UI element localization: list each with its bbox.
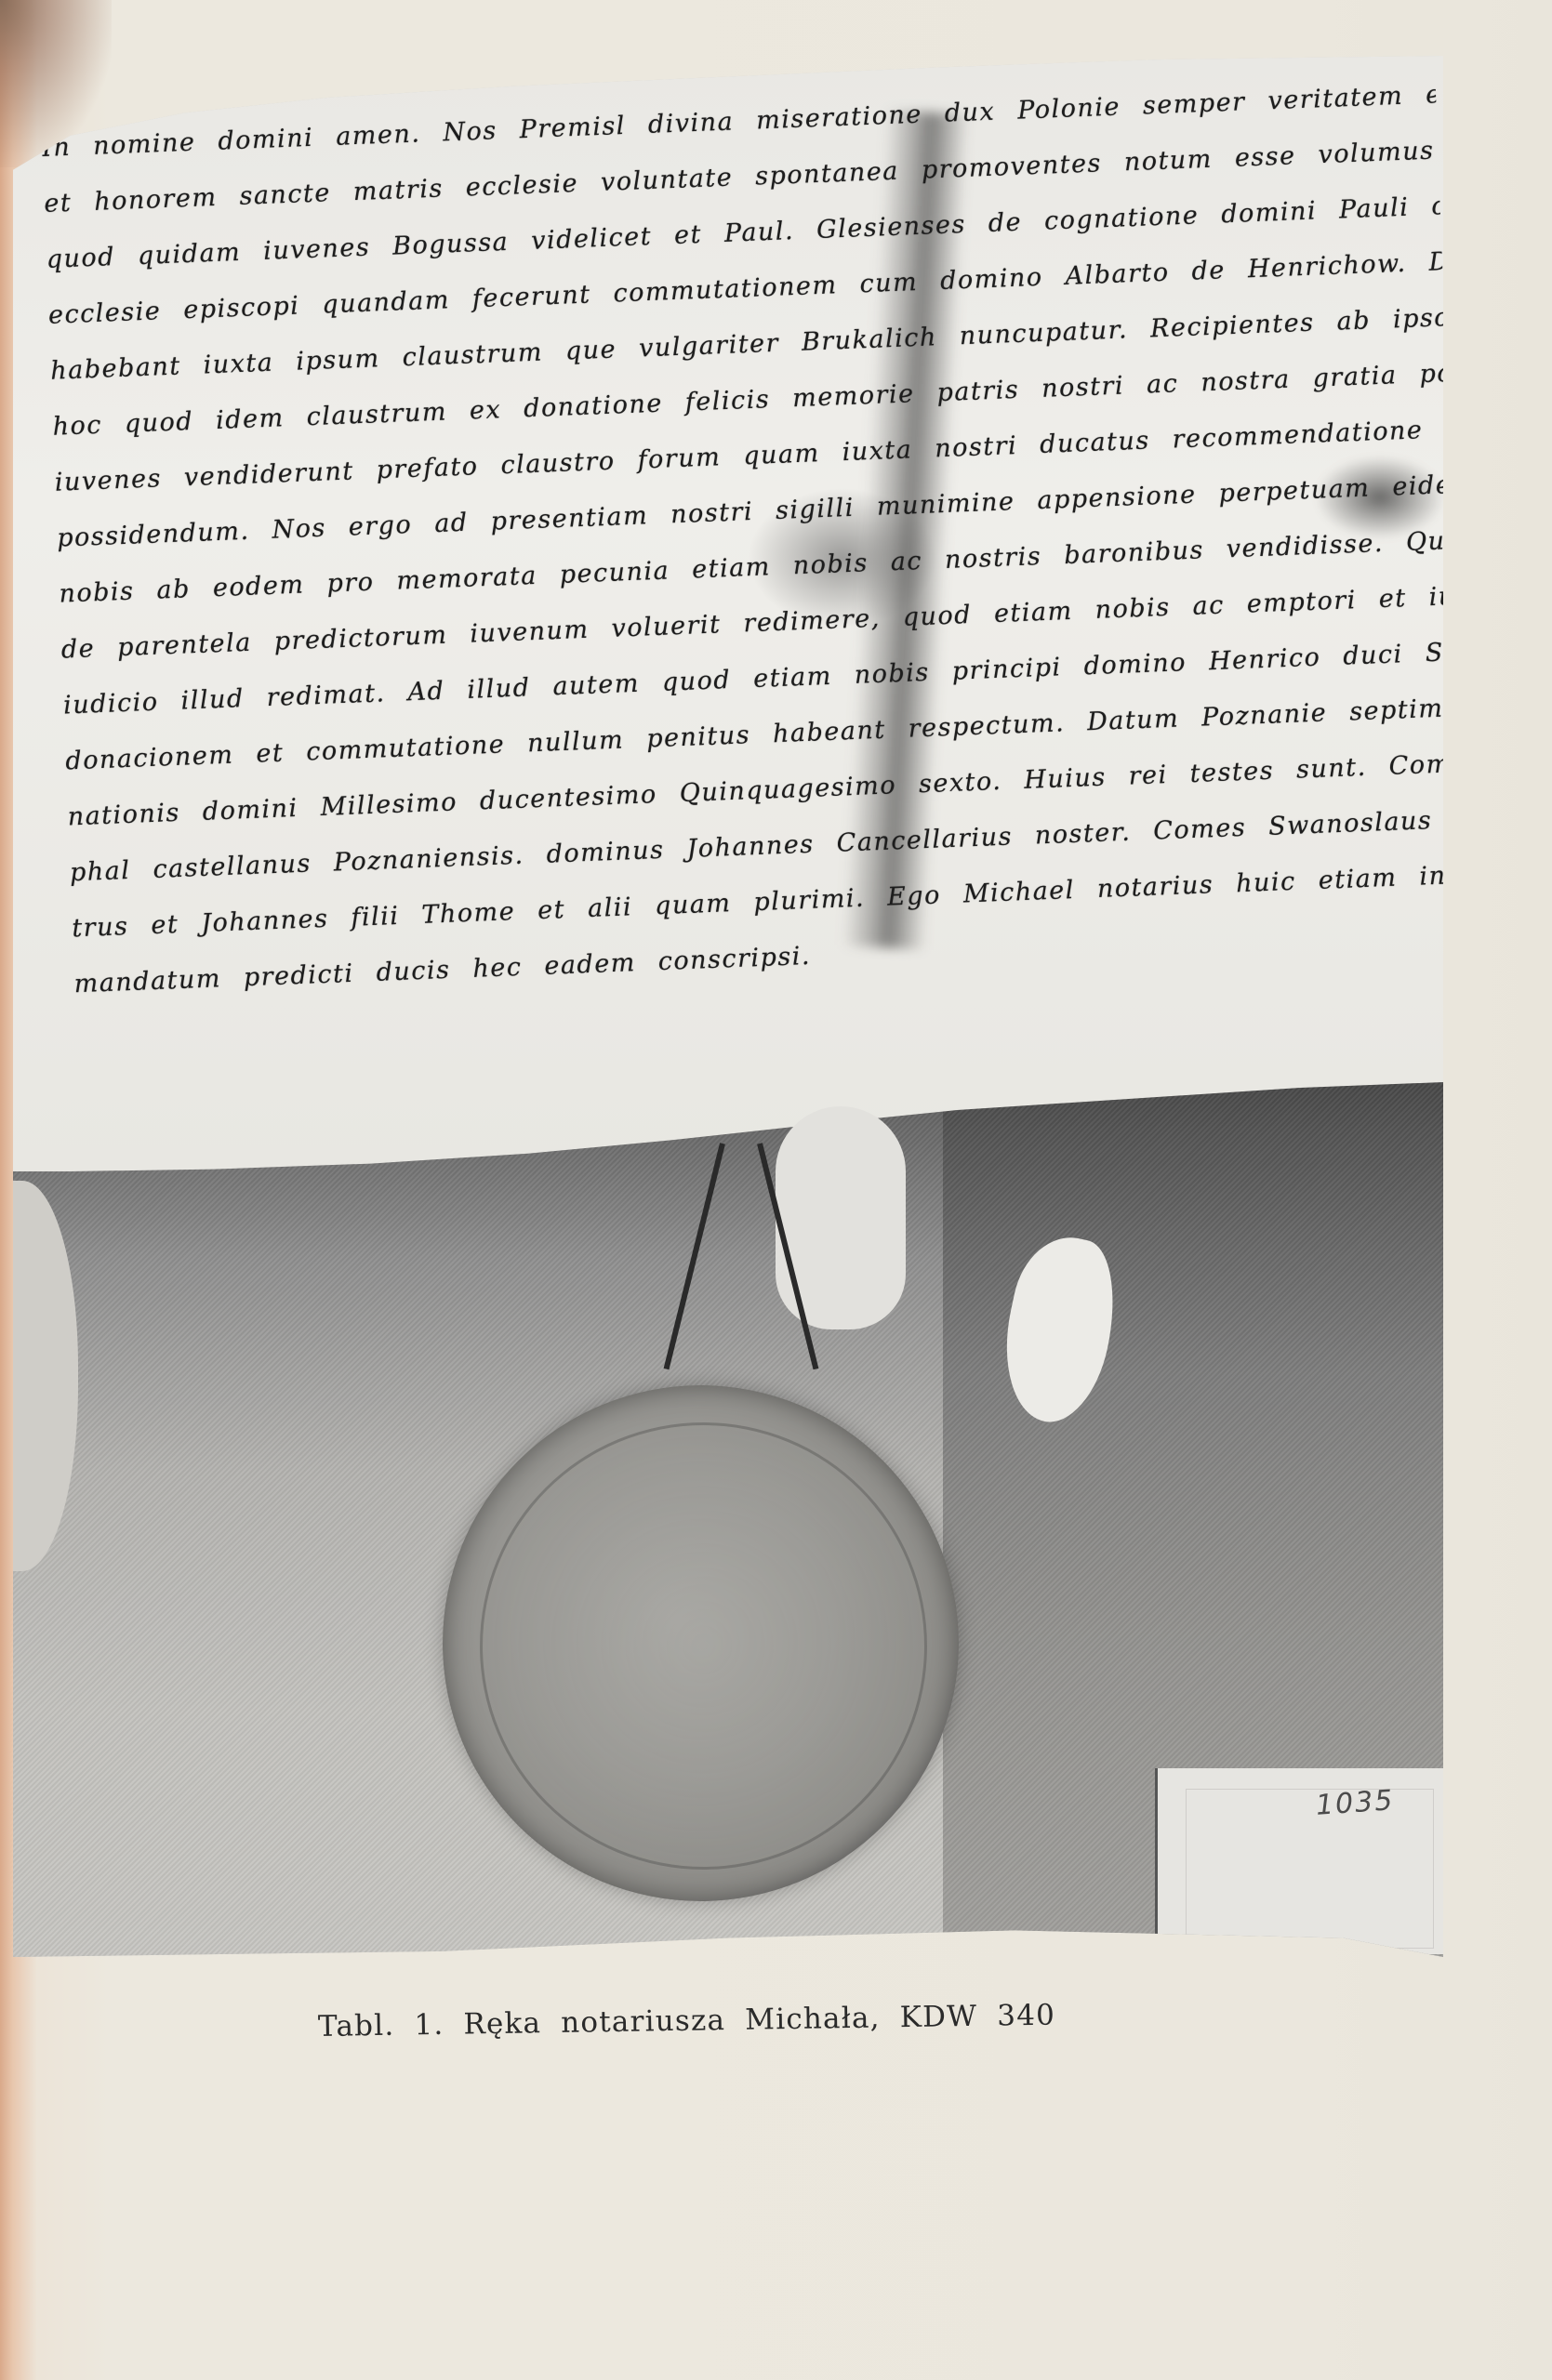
charter-script-block: In nomine domini amen. Nos Premisl divin… [41,67,1443,1012]
charter-plate-photograph: In nomine domini amen. Nos Premisl divin… [13,56,1443,1957]
label-frame [1186,1789,1434,1949]
wax-seal [443,1385,959,1901]
archival-label-card: 1035 [1155,1768,1443,1954]
seal-relief [480,1422,927,1870]
charter-parchment: In nomine domini amen. Nos Premisl divin… [13,56,1443,1171]
book-page: In nomine domini amen. Nos Premisl divin… [0,0,1552,2380]
archival-number: 1035 [1315,1784,1396,1822]
plate-caption: Tabl. 1. Ręka notariusza Michała, KDW 34… [318,1999,1056,2043]
